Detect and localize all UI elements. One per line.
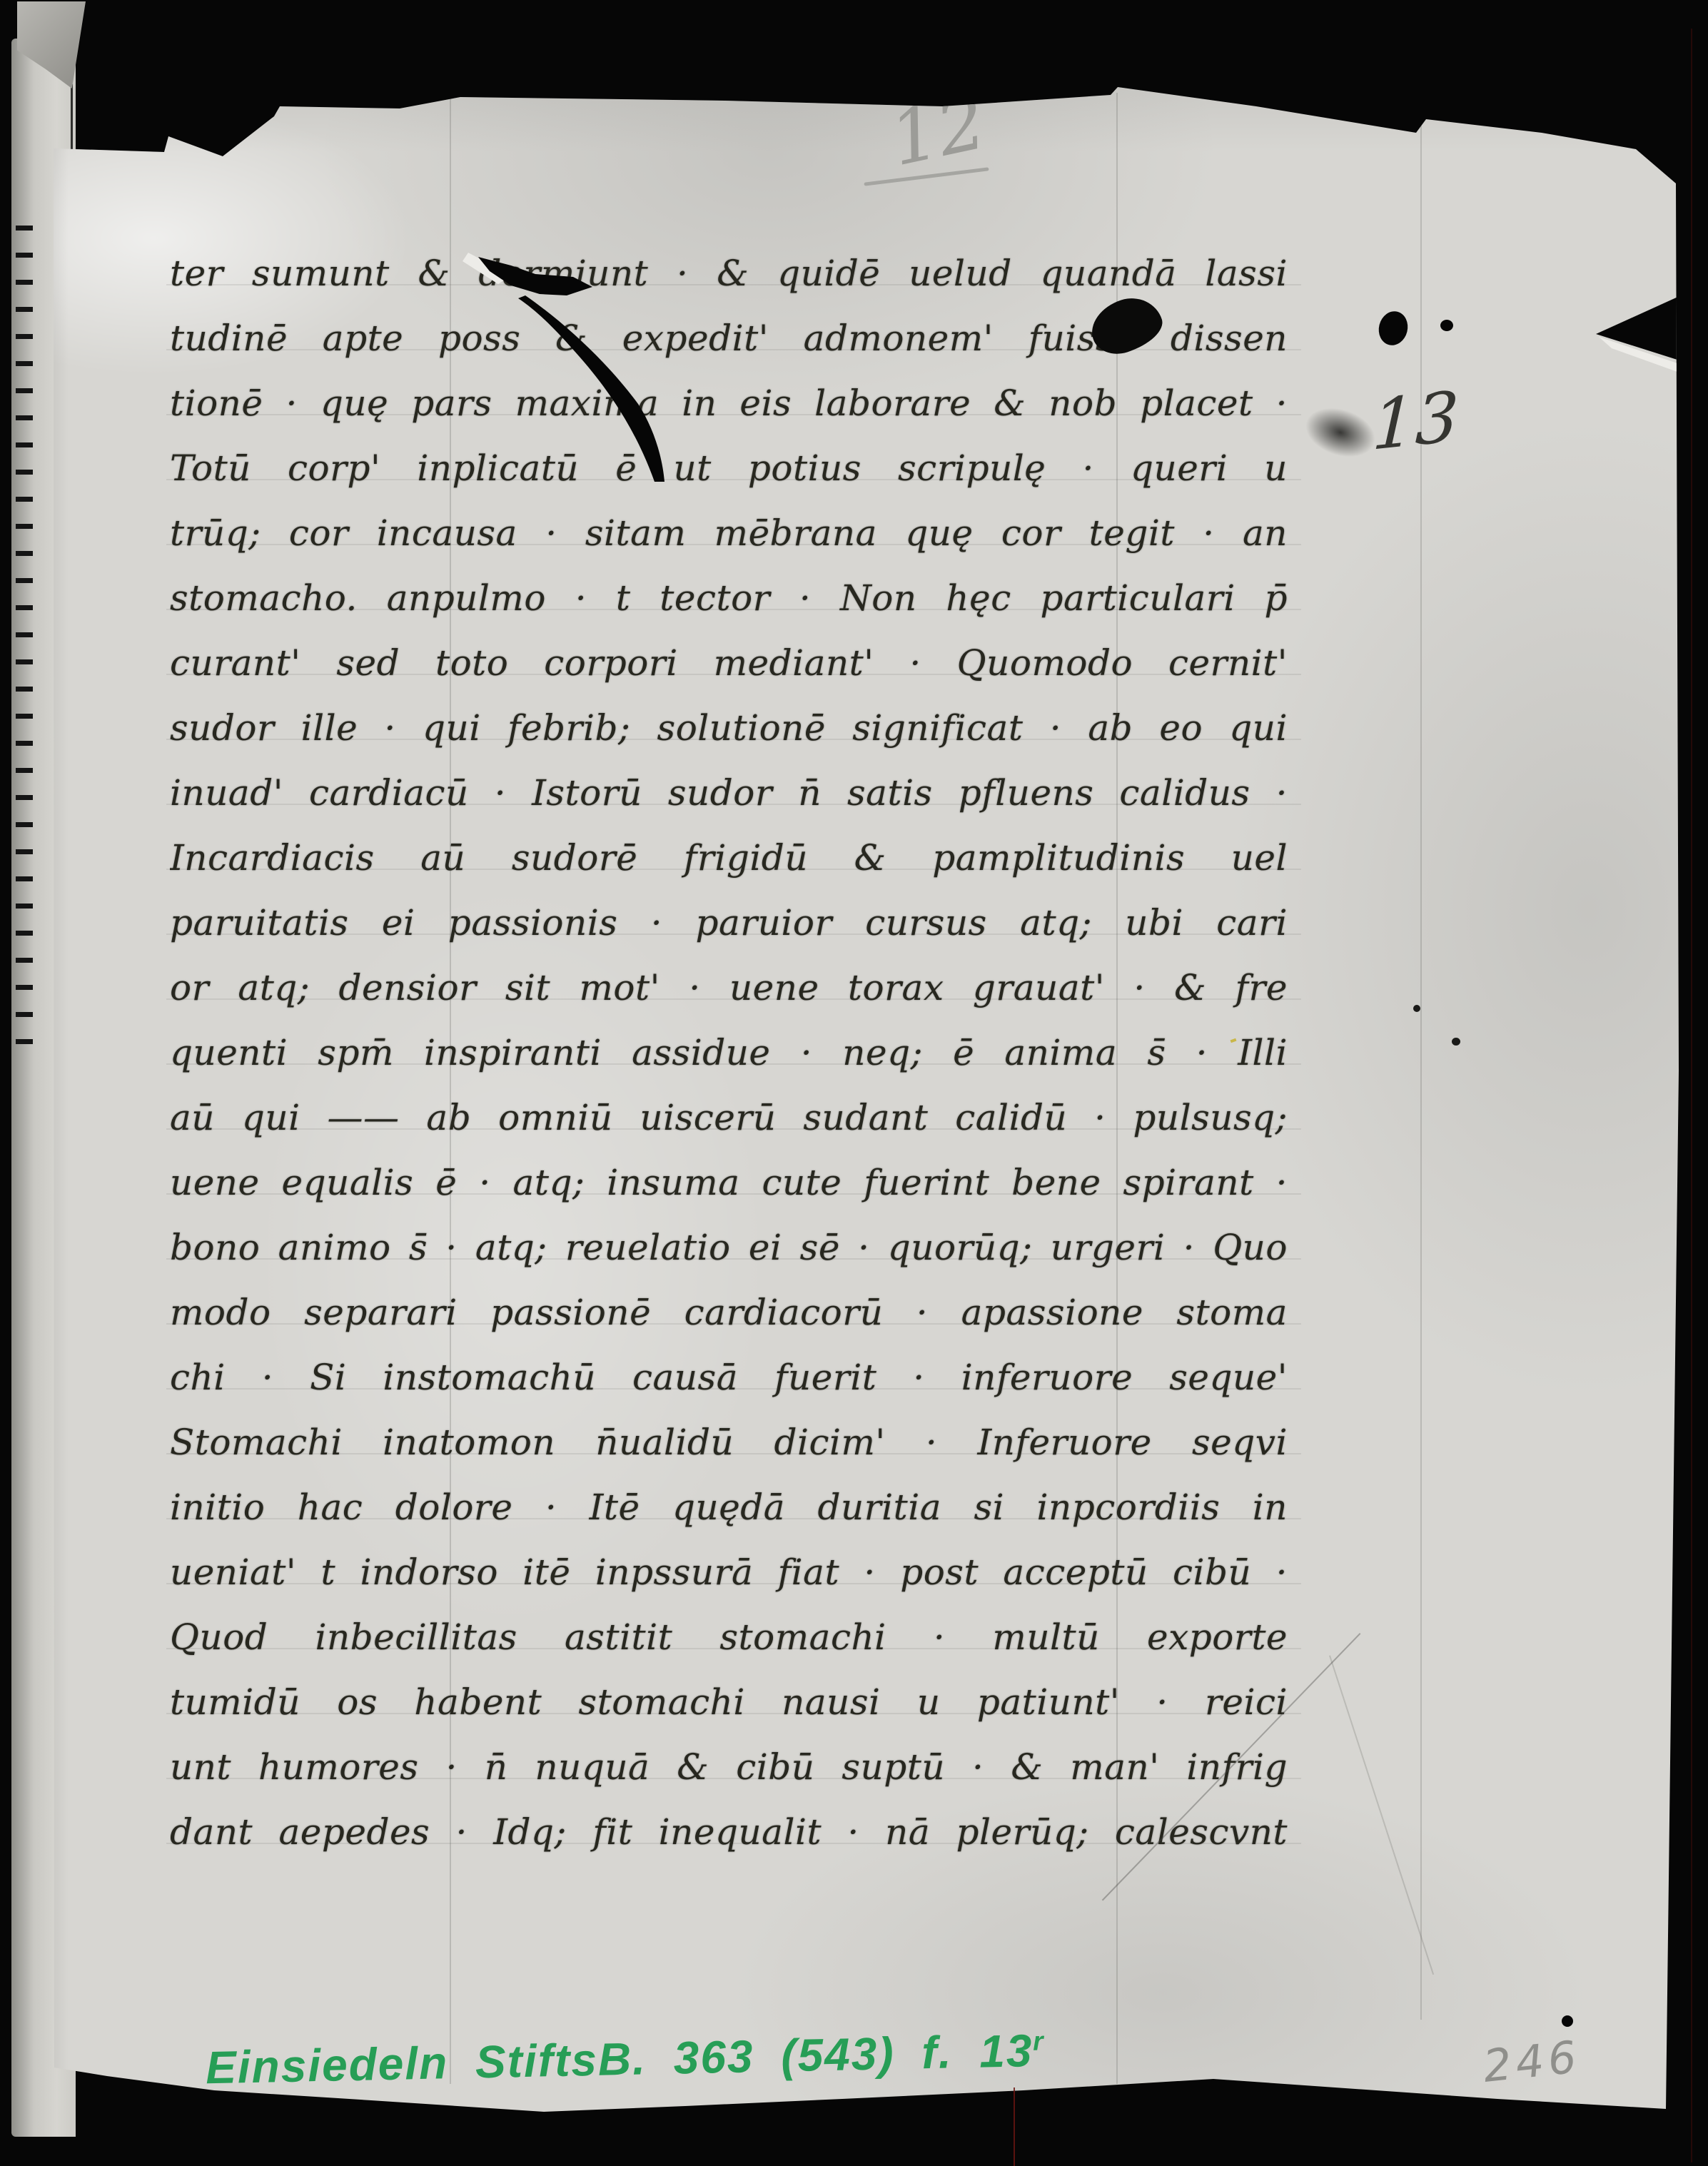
shelfmark-text: Einsiedeln StiftsB. 363 (543) f. 13 xyxy=(205,2025,1034,2093)
manuscript-line: Totū corp' inplicatū ē ut potius scripul… xyxy=(170,436,1288,501)
manuscript-line: aū qui —— ab omniū uiscerū sudant calidū… xyxy=(170,1085,1288,1150)
manuscript-line: quenti spm̄ inspiranti assidue · neq; ē … xyxy=(170,1021,1288,1085)
shelfmark-caption: Einsiedeln StiftsB. 363 (543) f. 13r xyxy=(205,2024,1045,2095)
manuscript-line: sudor ille · qui febrib; solutionē signi… xyxy=(170,696,1288,761)
film-ruler-ticks xyxy=(16,226,33,1046)
manuscript-line: tumidū os habent stomachi nausi u patiun… xyxy=(170,1670,1288,1735)
manuscript-page: 12 ter sumunt & dormiunt · & quidē uelud… xyxy=(0,0,1708,2166)
film-scratch xyxy=(1329,1655,1434,1975)
manuscript-line: trūq; cor incausa · sitam mēbrana quę co… xyxy=(170,501,1288,566)
manuscript-line: ter sumunt & dormiunt · & quidē uelud qu… xyxy=(170,241,1288,306)
manuscript-line: paruitatis ei passionis · paruior cursus… xyxy=(170,891,1288,956)
ink-folio-number: 13 xyxy=(1370,376,1460,466)
parchment-tear xyxy=(427,234,673,491)
ink-speck xyxy=(933,71,937,76)
manuscript-line: Stomachi inatomon n̄ualidū dicim' · Infe… xyxy=(170,1410,1288,1475)
manuscript-line: stomacho. anpulmo · t tector · Non hęc p… xyxy=(170,566,1288,631)
manuscript-line: Quod inbecillitas astitit stomachi · mul… xyxy=(170,1605,1288,1670)
photo-frame: 12 ter sumunt & dormiunt · & quidē uelud… xyxy=(0,0,1708,2166)
ink-smudge xyxy=(1300,400,1382,465)
manuscript-line: initio hac dolore · Itē quędā duritia si… xyxy=(170,1475,1288,1540)
pencil-page-number: 12 xyxy=(883,79,994,183)
manuscript-line: chi · Si instomachū causā fuerit · infer… xyxy=(170,1345,1288,1410)
manuscript-line: modo separari passionē cardiacorū · apas… xyxy=(170,1280,1288,1345)
parchment-hole xyxy=(1440,320,1453,331)
manuscript-line: inuad' cardiacū · Istorū sudor n̄ satis … xyxy=(170,761,1288,826)
film-line-red xyxy=(1014,2087,1015,2166)
manuscript-line: uene equalis ē · atq; insuma cute fuerin… xyxy=(170,1150,1288,1215)
manuscript-line: unt humores · n̄ nuquā & cibū suptū · & … xyxy=(170,1735,1288,1800)
parchment-hole xyxy=(1375,308,1411,348)
pencil-archive-number: 246 xyxy=(1481,2030,1583,2092)
film-line-red xyxy=(1691,29,1692,2162)
manuscript-line: dant aepedes · Idq; fit inequalit · nā p… xyxy=(170,1800,1288,1865)
parchment-hole xyxy=(1562,2015,1573,2027)
text-block: ter sumunt & dormiunt · & quidē uelud qu… xyxy=(170,241,1288,1865)
manuscript-line: ueniat' t indorso itē inpssurā fiat · po… xyxy=(170,1540,1288,1605)
manuscript-line: or atq; densior sit mot' · uene torax gr… xyxy=(170,956,1288,1021)
ink-speck xyxy=(1452,1038,1460,1046)
manuscript-line: Incardiacis aū sudorē frigidū & pamplitu… xyxy=(170,826,1288,891)
manuscript-line: tionē · quę pars maxima in eis laborare … xyxy=(170,371,1288,436)
edge-tear xyxy=(1590,293,1679,375)
shelfmark-superscript: r xyxy=(1033,2025,1045,2055)
manuscript-line: bono animo s̄ · atq; reuelatio ei sē · q… xyxy=(170,1215,1288,1280)
manuscript-line: curant' sed toto corpori mediant' · Quom… xyxy=(170,631,1288,696)
ink-speck xyxy=(1413,1005,1420,1012)
